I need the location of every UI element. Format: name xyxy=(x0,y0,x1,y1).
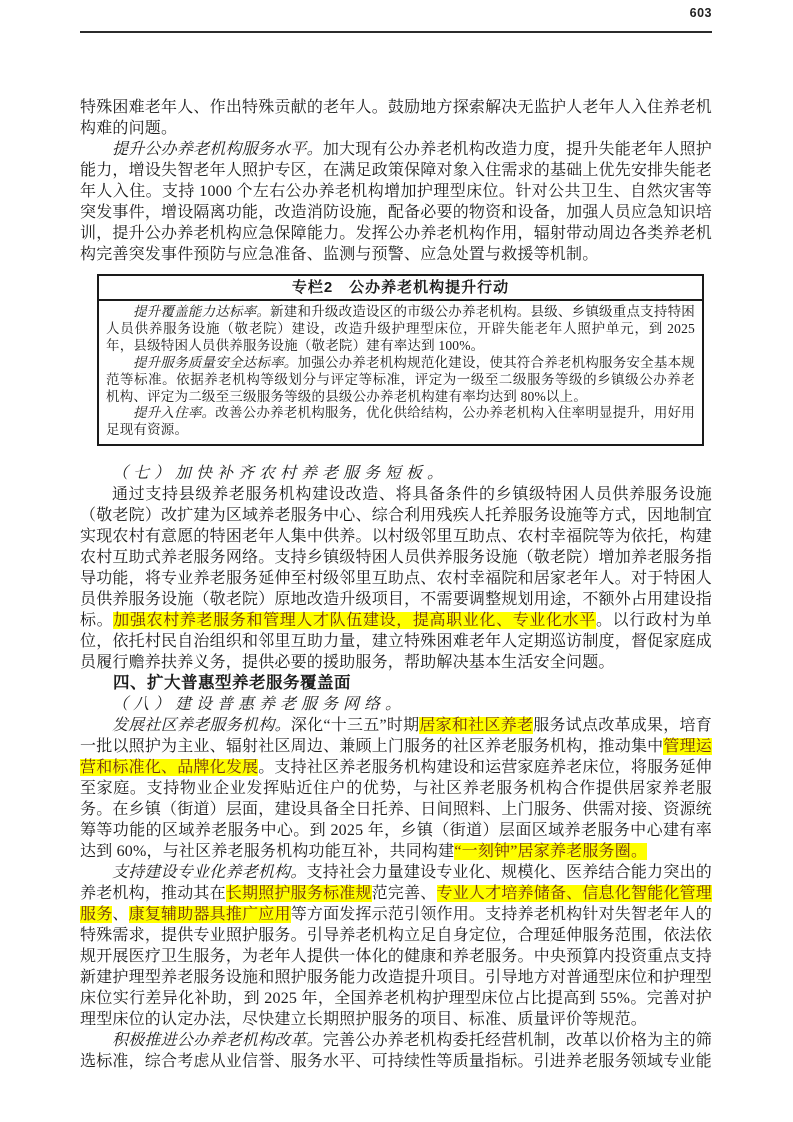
column-box-body: 提升覆盖能力达标率。新建和升级改造设区的市级公办养老机构。县级、乡镇级重点支持特… xyxy=(99,301,702,444)
highlighted-text: “一刻钟”居家养老服务圈。 xyxy=(454,843,647,860)
column-box: 专栏2 公办养老机构提升行动 提升覆盖能力达标率。新建和升级改造设区的市级公办养… xyxy=(97,274,704,446)
document-page: 603 特殊困难老年人、作出特殊贡献的老年人。鼓励地方探索解决无监护人老年人入住… xyxy=(0,0,793,1122)
text-run: 深化“十三五”时期 xyxy=(291,717,420,734)
lead-in-phrase: 提升覆盖能力达标率。 xyxy=(133,304,270,319)
lead-in-phrase: 发展社区养老服务机构。 xyxy=(112,717,291,734)
paragraph-professional-institutions: 支持建设专业化养老机构。支持社会力量建设专业化、规模化、医养结合能力突出的养老机… xyxy=(80,862,712,1030)
text-run: （八）建设普惠养老服务网络。 xyxy=(112,696,406,713)
content-area: 603 特殊困难老年人、作出特殊贡献的老年人。鼓励地方探索解决无监护人老年人入住… xyxy=(80,0,712,1072)
highlighted-text: 长期照护服务标准规 xyxy=(226,885,372,902)
box-paragraph-occupancy: 提升入住率。改善公办养老机构服务，优化供给结构，公办养老机构入住率明显提升，用好… xyxy=(106,405,695,439)
lead-in-phrase: 提升公办养老机构服务水平。 xyxy=(112,141,323,158)
page-header: 603 xyxy=(80,0,712,22)
paragraph-public-reform: 积极推进公办养老机构改革。完善公办养老机构委托经营机制，改革以价格为主的筛选标准… xyxy=(80,1030,712,1072)
paragraph-community-institutions: 发展社区养老服务机构。深化“十三五”时期居家和社区养老服务试点改革成果，培育一批… xyxy=(80,715,712,862)
paragraph-continuation: 特殊困难老年人、作出特殊贡献的老年人。鼓励地方探索解决无监护人老年人入住养老机构… xyxy=(80,97,712,139)
body-text: 特殊困难老年人、作出特殊贡献的老年人。鼓励地方探索解决无监护人老年人入住养老机构… xyxy=(80,97,712,1072)
lead-in-phrase: 提升服务质量安全达标率。 xyxy=(133,355,297,370)
text-run: 特殊困难老年人、作出特殊贡献的老年人。鼓励地方探索解决无监护人老年人入住养老机构… xyxy=(80,99,712,137)
section-heading-four: 四、扩大普惠型养老服务覆盖面 xyxy=(80,673,712,694)
text-run: 范完善、 xyxy=(372,885,437,902)
text-run: 加大现有公办养老机构改造力度，提升失能老年人照护能力，增设失智老年人照护专区，在… xyxy=(80,141,712,263)
lead-in-phrase: 积极推进公办养老机构改革。 xyxy=(112,1032,323,1049)
paragraph-item-eight: （八）建设普惠养老服务网络。 xyxy=(80,694,712,715)
lead-in-phrase: 支持建设专业化养老机构。 xyxy=(112,864,307,881)
lead-in-phrase: 提升入住率。 xyxy=(133,405,215,420)
text-run: （七）加快补齐农村养老服务短板。 xyxy=(112,465,448,482)
highlighted-text: 康复辅助器具推广应用 xyxy=(129,906,291,923)
page-number: 603 xyxy=(690,6,712,20)
text-run: 通过支持县级养老服务机构建设改造、将具备条件的乡镇级特困人员供养服务设施（敬老院… xyxy=(80,486,712,629)
box-paragraph-coverage: 提升覆盖能力达标率。新建和升级改造设区的市级公办养老机构。县级、乡镇级重点支持特… xyxy=(106,304,695,355)
highlighted-text: 居家和社区养老 xyxy=(419,717,533,734)
paragraph-item-seven: （七）加快补齐农村养老服务短板。 xyxy=(80,463,712,484)
column-box-title: 专栏2 公办养老机构提升行动 xyxy=(99,276,702,301)
paragraph-rural-services: 通过支持县级养老服务机构建设改造、将具备条件的乡镇级特困人员供养服务设施（敬老院… xyxy=(80,484,712,673)
header-divider xyxy=(80,31,712,33)
paragraph-public-institution-service: 提升公办养老机构服务水平。加大现有公办养老机构改造力度，提升失能老年人照护能力，… xyxy=(80,139,712,265)
text-run: 、 xyxy=(112,906,128,923)
text-run: 等方面发挥示范引领作用。支持养老机构针对失智老年人的特殊需求，提供专业照护服务。… xyxy=(80,906,712,1028)
box-paragraph-quality: 提升服务质量安全达标率。加强公办养老机构规范化建设，使其符合养老机构服务安全基本… xyxy=(106,355,695,406)
highlighted-text: 加强农村养老服务和管理人才队伍建设，提高职业化、专业化水平 xyxy=(113,612,596,629)
